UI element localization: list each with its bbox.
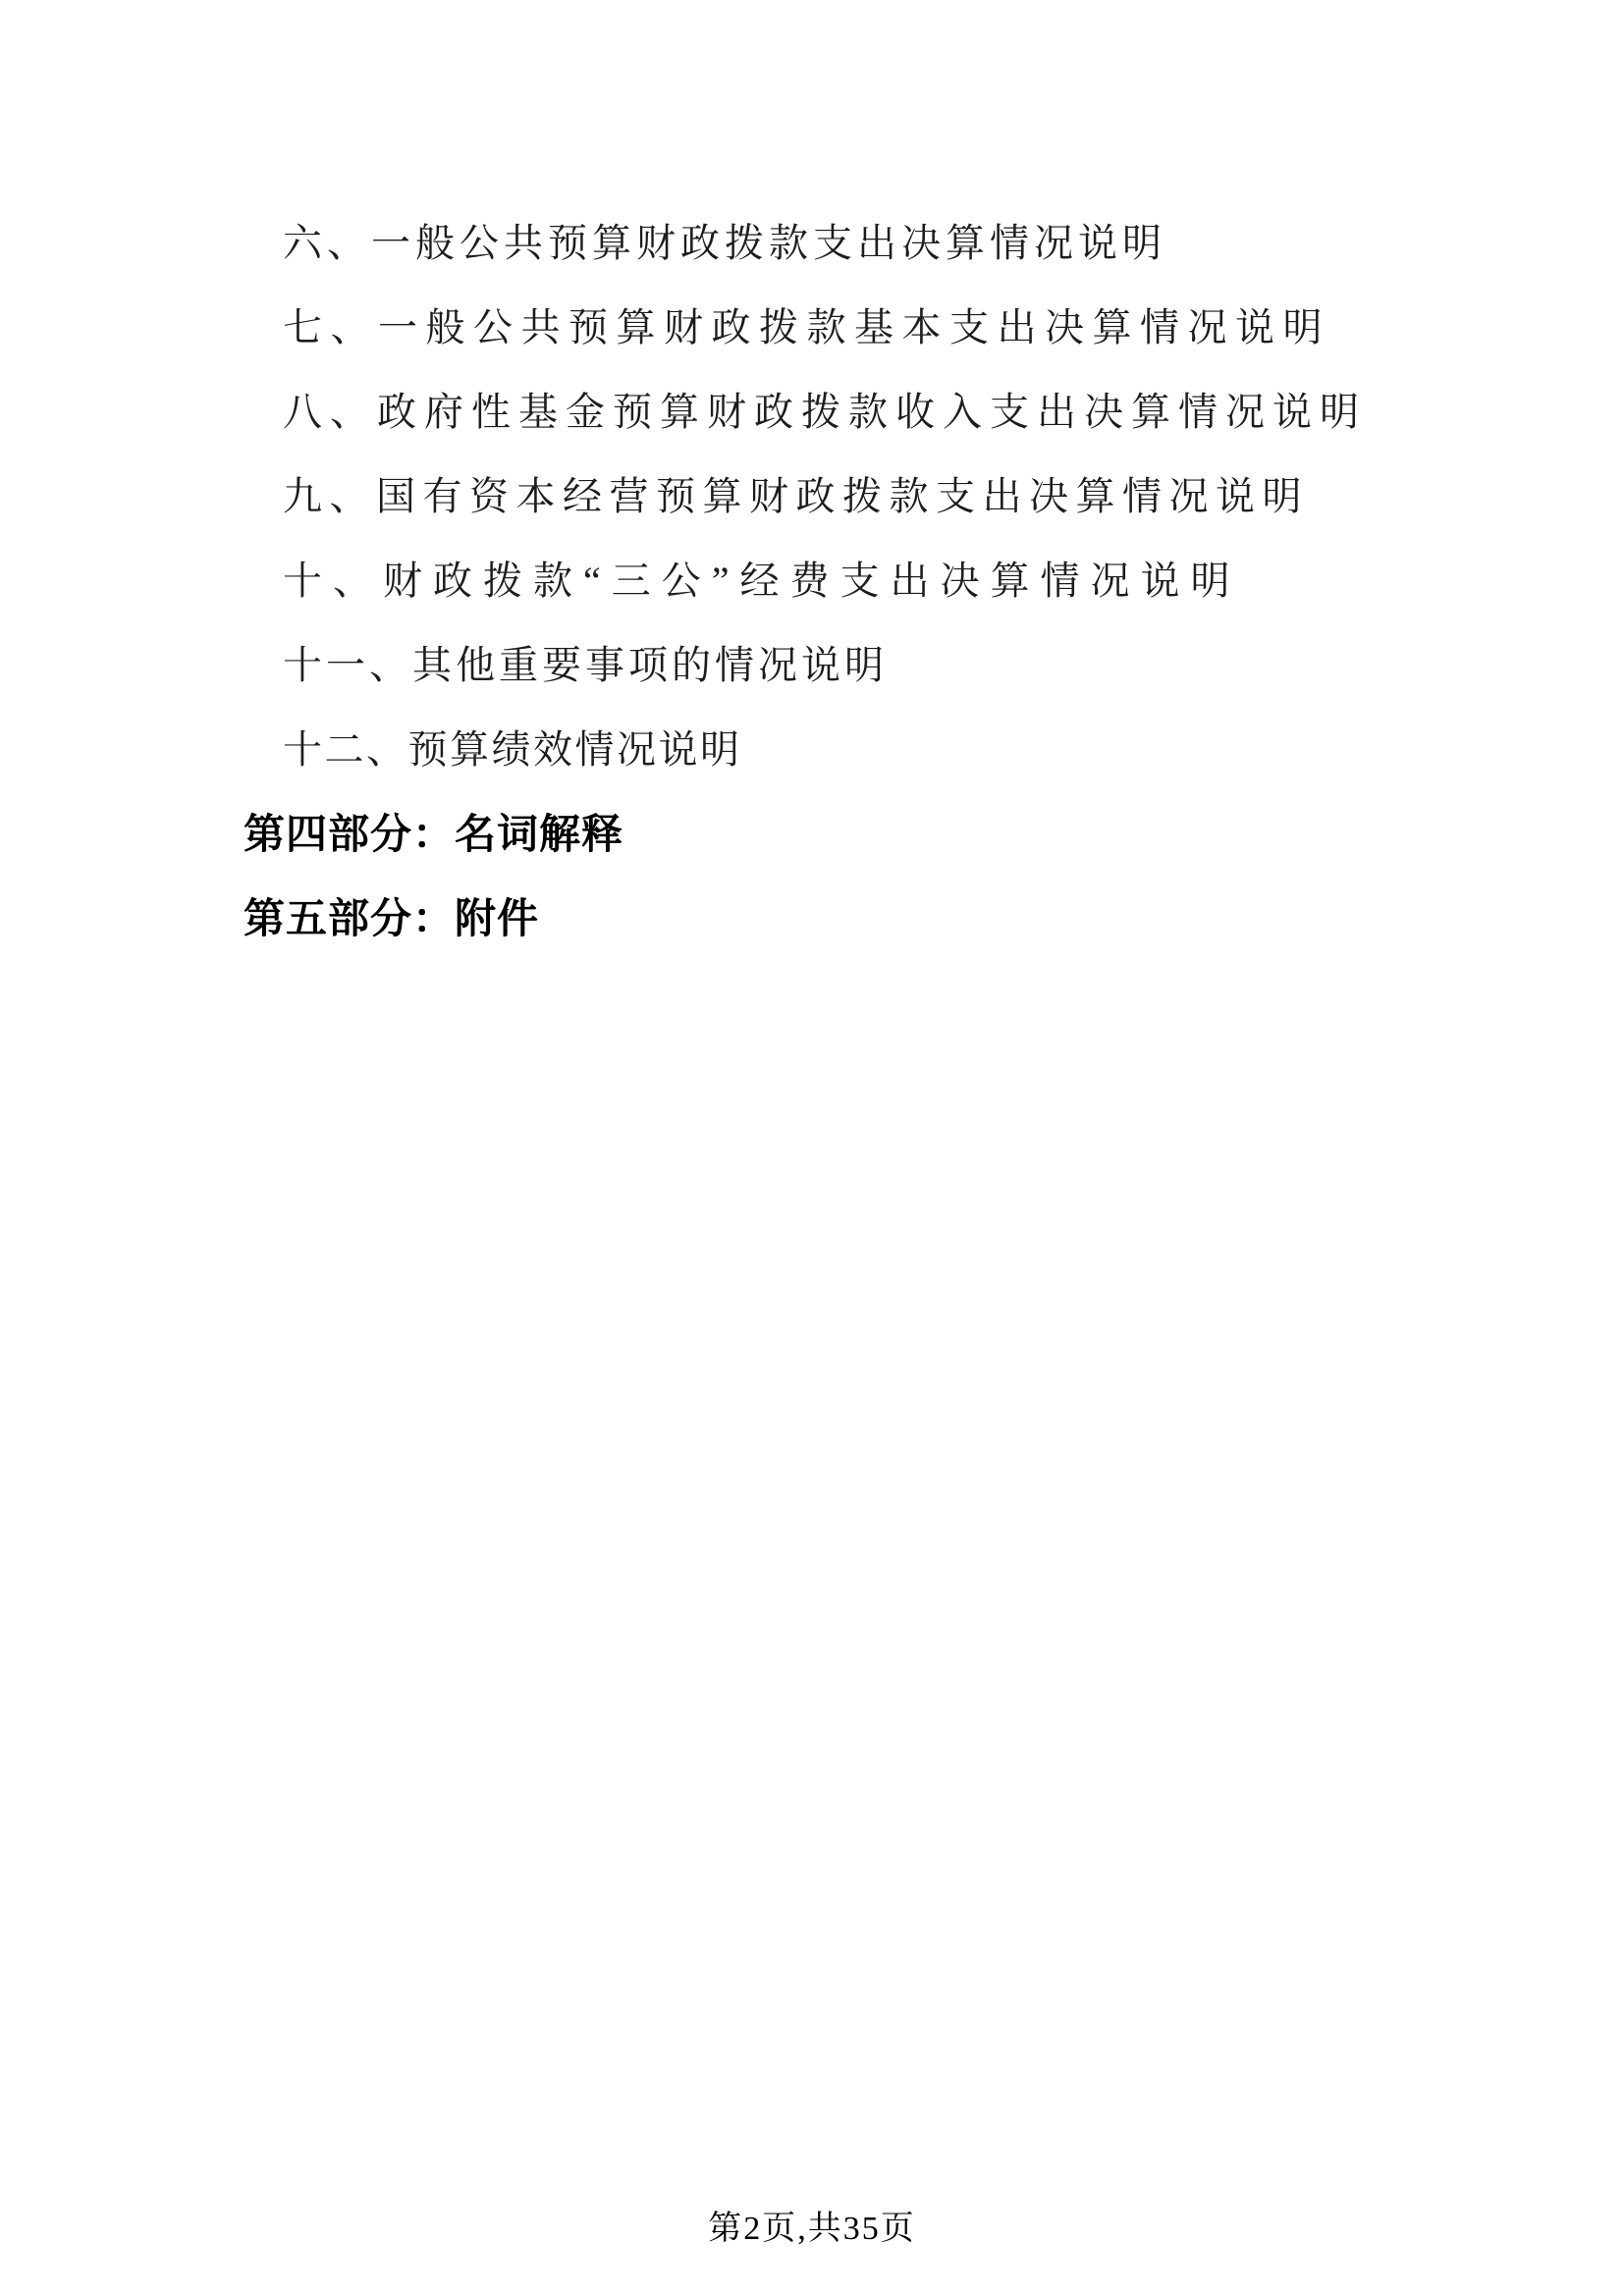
toc-item-12: 十二、预算绩效情况说明 [0,708,1624,792]
toc-item-10: 十、财政拨款“三公”经费支出决算情况说明 [0,539,1624,623]
toc-item-7: 七、一般公共预算财政拨款基本支出决算情况说明 [0,286,1624,370]
table-of-contents: 六、一般公共预算财政拨款支出决算情况说明 七、一般公共预算财政拨款基本支出决算情… [0,201,1624,961]
section-heading-part4: 第四部分：名词解释 [0,792,1624,877]
toc-item-8: 八、政府性基金预算财政拨款收入支出决算情况说明 [0,370,1624,454]
document-page: 六、一般公共预算财政拨款支出决算情况说明 七、一般公共预算财政拨款基本支出决算情… [0,0,1624,2296]
toc-item-6: 六、一般公共预算财政拨款支出决算情况说明 [0,201,1624,286]
page-number-text: 第2页,共35页 [708,2211,916,2247]
section-heading-part5: 第五部分：附件 [0,877,1624,961]
page-footer: 第2页,共35页 [0,2201,1624,2249]
toc-item-11: 十一、其他重要事项的情况说明 [0,623,1624,708]
toc-item-9: 九、国有资本经营预算财政拨款支出决算情况说明 [0,454,1624,539]
